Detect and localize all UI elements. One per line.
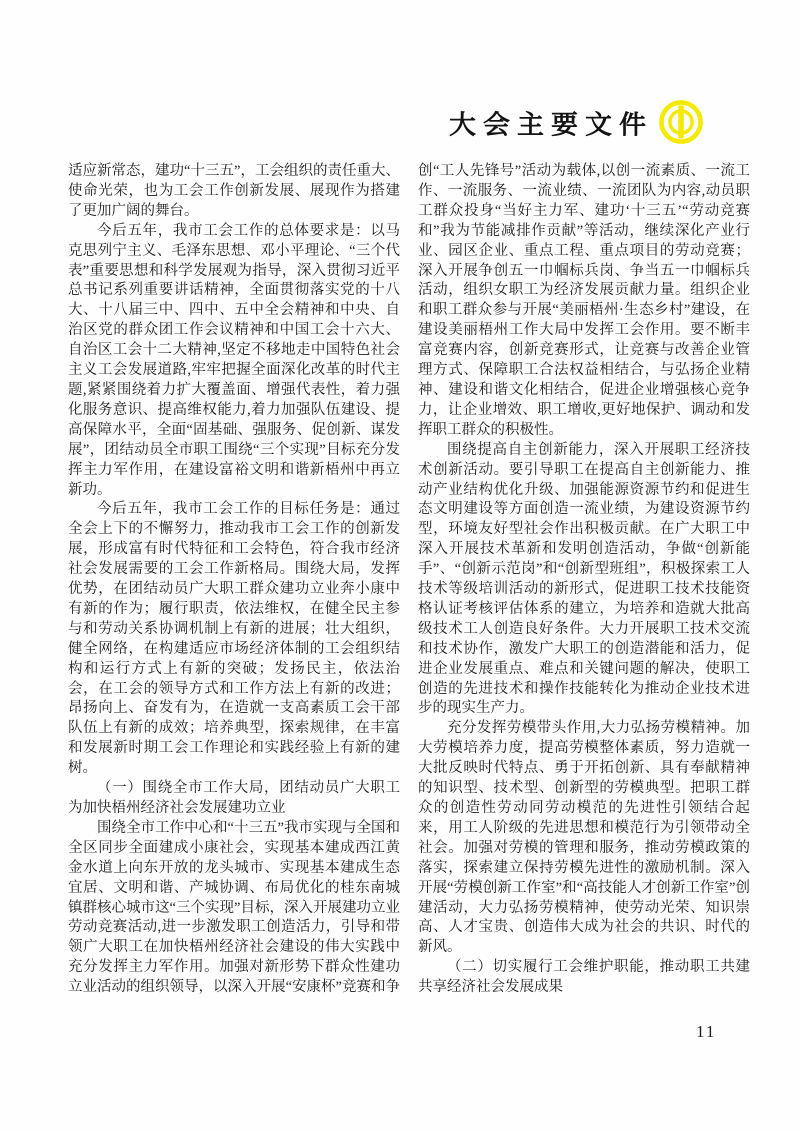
body-paragraph: 适应新常态，建功“十三五”，工会组织的责任重大、使命光荣，也为工会工作创新发展、… bbox=[68, 162, 400, 222]
header-title: 大会主要文件 bbox=[449, 103, 653, 140]
page-number: 11 bbox=[696, 1022, 716, 1042]
section-heading-2: （二）切实履行工会维护职能，推动职工共建共享经济社会发展成果 bbox=[418, 958, 750, 998]
section-heading-1: （一）围绕全市工作大局，团结动员广大职工为加快梧州经济社会发展建功立业 bbox=[68, 779, 400, 819]
body-paragraph: 围绕提高自主创新能力，深入开展职工经济技术创新活动。要引导职工在提高自主创新能力… bbox=[418, 441, 750, 720]
document-page: 大会主要文件 适应新常态，建功“十三五”，工会组织的责任重大、使命光荣，也为工会… bbox=[0, 0, 800, 1131]
body-paragraph: 今后五年，我市工会工作的目标任务是：通过全会上下的不懈努力，推动我市工会工作的创… bbox=[68, 500, 400, 779]
body-paragraph: 充分发挥劳模带头作用,大力弘扬劳模精神。加大劳模培养力度，提高劳模整体素质，努力… bbox=[418, 719, 750, 958]
union-emblem-icon bbox=[658, 99, 704, 145]
page-header: 大会主要文件 bbox=[68, 94, 750, 150]
article-body: 适应新常态，建功“十三五”，工会组织的责任重大、使命光荣，也为工会工作创新发展、… bbox=[68, 162, 750, 1010]
body-paragraph: 今后五年，我市工会工作的总体要求是：以马克思列宁主义、毛泽东思想、邓小平理论、“… bbox=[68, 222, 400, 501]
